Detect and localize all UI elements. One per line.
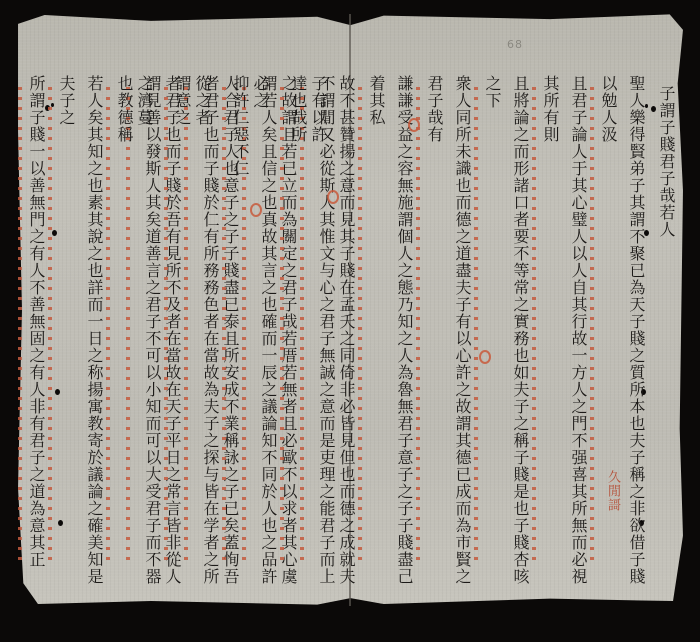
- red-circle-mark: [250, 203, 262, 217]
- red-circle-mark: [327, 190, 339, 204]
- text-column: 聖人樂得賢弟子其謂不聚已為天子賤之質所本也夫子稱之非欲借子賤以勉人汲: [594, 75, 650, 595]
- left-page: 不謂閒又必從斯人其惟文与心之君子無誠之意而是吏理之能君子而上達也哉所 謂若人矣且…: [160, 75, 340, 595]
- red-circle-mark: [479, 350, 491, 364]
- text-column: 若人矣其知之也素其說之也詳而一日之称揚寓教寄於議論之確美知是夫子之: [52, 75, 108, 595]
- column-text: 且君子論人于其心璧人以人自其行故一方人之門不强喜其所無而必視其所有則: [536, 75, 592, 595]
- text-column: 謂見善以發斯人其矣道善言之君子不可以小知而可以大受君子而不器也教德稱: [110, 75, 166, 595]
- column-text: 且將論之而形諸口者要不等常之實務也如夫子之稱子賤是也子賤杏咳之下: [478, 75, 534, 595]
- text-column: 且君子論人于其心璧人以人自其行故一方人之門不强喜其所無而必視其所有則: [536, 75, 592, 595]
- column-text: 謂若人矣且信之也真故其言之也確而一辰之議論知不同於人也之品許抑許仁惡不仁: [226, 75, 282, 595]
- column-text: 衆人同所未識也而德之道盡夫子有以心許之故謂其德已成而為市賢之君子哉有: [420, 75, 476, 595]
- text-column: 謂若人矣且信之也真故其言之也確而一辰之議論知不同於人也之品許抑許仁惡不仁: [226, 75, 282, 595]
- text-column: 者君子也而子賤於仁有所務務色者在當故為夫子之探与皆在学者之所謂意之: [168, 75, 224, 595]
- column-text: 若人矣其知之也素其說之也詳而一日之称揚寓教寄於議論之確美知是夫子之: [52, 75, 108, 595]
- right-page: 子謂子賤君子哉若人 聖人樂得賢弟子其謂不聚已為天子賤之質所本也夫子稱之非欲借子賤…: [360, 75, 680, 595]
- text-column: 衆人同所未識也而德之道盡夫子有以心許之故謂其德已成而為市賢之君子哉有: [420, 75, 476, 595]
- text-column: 不謂閒又必從斯人其惟文与心之君子無誠之意而是吏理之能君子而上達也哉所: [284, 75, 340, 595]
- column-text: 不謂閒又必從斯人其惟文与心之君子無誠之意而是吏理之能君子而上達也哉所: [284, 75, 340, 595]
- column-text: 所謂子賤一以善無門之有人不善無固之有人非有君子之道為意其正: [22, 75, 50, 595]
- column-text: 者君子也而子賤於仁有所務務色者在當故為夫子之探与皆在学者之所謂意之: [168, 75, 224, 595]
- text-column: 所謂子賤一以善無門之有人不善無固之有人非有君子之道為意其正: [22, 75, 50, 595]
- column-text: 謙謙受益之容無施謂個人之態乃知之人為魯無君子意子之子子賤盡己着其私: [362, 75, 418, 595]
- text-column: 且將論之而形諸口者要不等常之實務也如夫子之稱子賤是也子賤杏咳之下: [478, 75, 534, 595]
- text-column: 子謂子賤君子哉若人: [652, 85, 680, 595]
- page-number: 68: [507, 38, 523, 51]
- red-annotation: 久閒謌: [603, 470, 622, 512]
- text-column: 謙謙受益之容無施謂個人之態乃知之人為魯無君子意子之子子賤盡己着其私: [362, 75, 418, 595]
- column-text: 謂見善以發斯人其矣道善言之君子不可以小知而可以大受君子而不器也教德稱: [110, 75, 166, 595]
- red-circle-mark: [408, 118, 420, 132]
- column-text: 子謂子賤君子哉若人: [652, 85, 680, 595]
- column-text: 聖人樂得賢弟子其謂不聚已為天子賤之質所本也夫子稱之非欲借子賤以勉人汲: [594, 75, 650, 595]
